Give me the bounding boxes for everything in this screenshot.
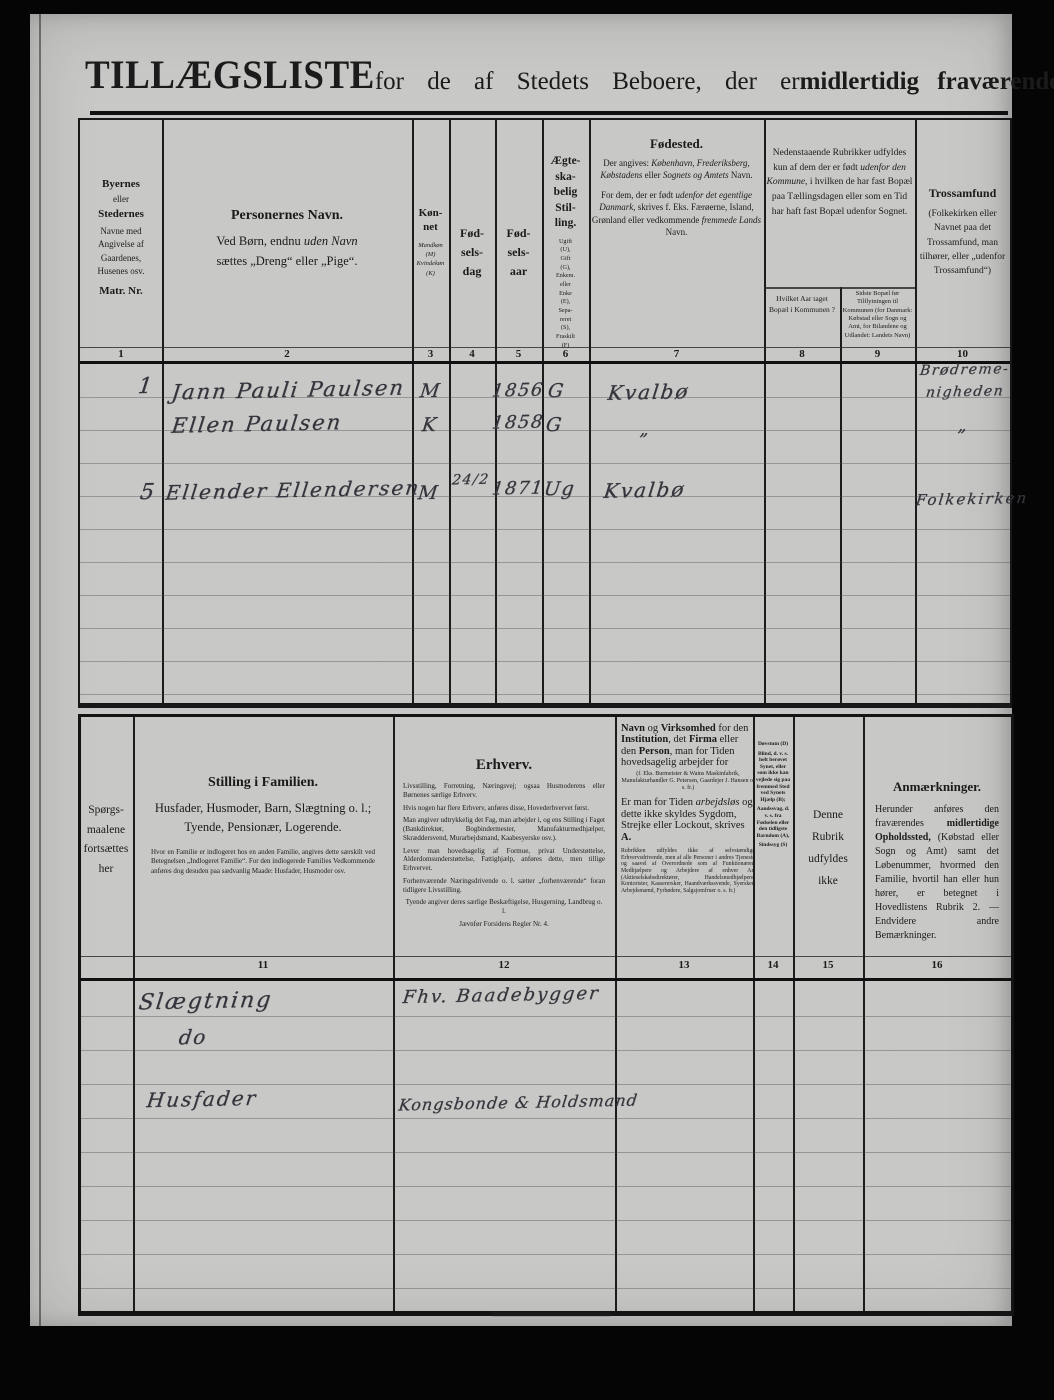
continuation-label: Spørgs- maalene fortsættes her — [81, 801, 131, 879]
entry-birth-year: 1871 — [491, 477, 545, 499]
col14-paragraph: Sindssyg (S) — [755, 842, 791, 849]
entry-marital-status: G — [545, 414, 564, 436]
col12-paragraph: Jævnfør Forsidens Regler Nr. 4. — [403, 920, 605, 929]
col7-paragraph2: For dem, der er født udenfor det egentli… — [591, 189, 762, 239]
ruled-lines — [81, 983, 1011, 1311]
col13-text-italic: arbejdsløs — [696, 797, 740, 808]
col7-text-italic: Sognets og Amtets — [663, 170, 729, 180]
col1-header-note: Navne med Angivelse af Gaardenes, Husene… — [82, 225, 160, 279]
col1-header: Byernes eller Stedernes Navne med Angive… — [82, 176, 160, 299]
entry-sex: K — [421, 414, 439, 436]
col13-text: og — [645, 723, 661, 734]
col16-title: Anmærkninger. — [875, 779, 999, 795]
form-title-end: midlertidig fraværende. — [800, 68, 1054, 96]
col13-text: for den — [716, 723, 749, 734]
entry-matr-number: 5 — [138, 480, 157, 505]
col7-paragraph1: Der angives: København, Frederiksberg, K… — [591, 157, 762, 182]
scanned-census-sheet: { "colors":{"paper":"#c8c8c6","ink":"#1b… — [0, 0, 1054, 1400]
col4-header: Fød- sels- dag — [450, 224, 494, 282]
col14-header: Døvstum (D) Blind, d. v. s. helt berøvet… — [755, 741, 791, 849]
col7-text: Navn. — [666, 227, 688, 237]
col7-header: Fødested. Der angives: København, Freder… — [591, 136, 762, 238]
col13-text: , det — [668, 734, 689, 745]
col11-subtitle: Husfader, Husmoder, Barn, Slægtning o. l… — [135, 799, 391, 838]
col14-paragraph: Aandssvag, d. v. s. fra Fødselen eller d… — [755, 806, 791, 839]
col13-text-bold: Firma — [689, 734, 717, 745]
entry-sex: M — [417, 482, 441, 504]
col13-text-bold: Person — [639, 746, 670, 757]
col13-text-bold: A. — [621, 832, 631, 843]
col1-header-line: eller — [82, 193, 160, 207]
col-number-9: 9 — [840, 348, 915, 364]
col-number-8: 8 — [764, 348, 840, 364]
col3-title: Køn- net — [413, 206, 448, 235]
form-title-main: TILLÆGSLISTE — [85, 53, 375, 99]
col-number-1: 1 — [80, 348, 162, 364]
col-number-2: 2 — [162, 348, 412, 364]
form-title-middle: for de af Stedets Beboere, der er — [375, 68, 800, 96]
col13-text-bold: Navn — [621, 723, 645, 734]
col15-header: Denne Rubrik udfyldes ikke — [795, 805, 861, 892]
col13-example: (f. Eks. Burmeister & Wains Maskinfabrik… — [621, 771, 755, 792]
entry-birth-year: 1856 — [491, 379, 545, 401]
col7-text: eller — [642, 170, 663, 180]
col-number-14: 14 — [753, 959, 793, 975]
col-number-16: 16 — [863, 959, 1011, 975]
col11-header: Stilling i Familien. Husfader, Husmoder,… — [135, 775, 391, 876]
col13-text-bold: Institution — [621, 734, 668, 745]
grid-line — [81, 956, 1011, 957]
col12-paragraph: Lever man hovedsagelig af Formue, privat… — [403, 847, 605, 873]
entry-person-name: Ellen Paulsen — [170, 410, 343, 438]
col3-subtitle: Mandkøn (M) Kvindekøn (K) — [413, 241, 448, 279]
col6-header: Ægte- ska- belig Stil- ling. Ugift (U), … — [543, 154, 588, 350]
entry-family-position: Slægtning — [137, 988, 274, 1016]
col12-paragraph: Man angiver udtrykkelig det Fag, man arb… — [403, 816, 605, 842]
col13-header: Navn og Virksomhed for den Institution, … — [617, 723, 759, 895]
col7-text: For dem, der er født — [601, 190, 675, 200]
col12-paragraphs: Livsstilling, Forretning, Næringsvej; og… — [395, 782, 613, 929]
col2-subtitle-italic: uden Navn — [304, 234, 358, 248]
col2-header: Personernes Navn. Ved Børn, endnu uden N… — [164, 208, 410, 271]
entry-creed: Folkekirken — [915, 489, 1030, 509]
upper-table: Byernes eller Stedernes Navne med Angive… — [78, 118, 1012, 708]
entry-creed-line2: nigheden — [925, 383, 1005, 401]
col3-header: Køn- net Mandkøn (M) Kvindekøn (K) — [413, 206, 448, 278]
col8-header: Hvilket Aar taget Bopæl i Kommunen ? — [766, 294, 838, 315]
col-number-3: 3 — [412, 348, 449, 364]
col-number-7: 7 — [589, 348, 764, 364]
col11-fine-print: Hvor en Familie er indlogeret hos en and… — [135, 848, 391, 876]
col11-title: Stilling i Familien. — [135, 775, 391, 791]
col16-body: Herunder anføres den fraværendes midlert… — [875, 803, 999, 943]
col13-text-bold: Virksomhed — [661, 723, 716, 734]
entry-family-position: Husfader — [145, 1086, 258, 1112]
col-number-5: 5 — [495, 348, 542, 364]
entry-marital-status: Ug — [543, 478, 577, 501]
col13-main: Navn og Virksomhed for den Institution, … — [621, 723, 755, 768]
col9-header: Sidste Bopæl før Tilflytningen til Kommu… — [842, 290, 913, 340]
entry-sex: M — [419, 380, 443, 402]
col6-subtitle: Ugift (U), Gift (G), Enkem. eller Enke (… — [543, 238, 588, 351]
entry-matr-number: 1 — [136, 374, 155, 399]
col-number-15: 15 — [793, 959, 863, 975]
col-number-4: 4 — [449, 348, 495, 364]
census-form-page: TILLÆGSLISTE for de af Stedets Beboere, … — [30, 14, 1012, 1326]
col12-title: Erhverv. — [395, 757, 613, 774]
col2-title: Personernes Navn. — [164, 208, 410, 224]
col2-subtitle-part: sættes „Dreng“ eller „Pige“. — [217, 254, 358, 268]
col10-subtitle: (Folkekirken eller Navnet paa det Trossa… — [917, 207, 1008, 278]
entry-birth-year: 1858 — [491, 411, 545, 433]
paper-fold-line — [39, 14, 41, 1326]
entry-person-name: Jann Pauli Paulsen — [170, 376, 406, 405]
col1-header-line: Matr. Nr. — [82, 283, 160, 300]
col8-9-shared-header: Nedenstaaende Rubrikker udfyldes kun af … — [766, 146, 913, 220]
col13-fine-print: Rubrikken udfyldes ikke af selvstændige … — [621, 848, 755, 895]
printer-imprint — [492, 1312, 610, 1316]
form-title: TILLÆGSLISTE for de af Stedets Beboere, … — [85, 56, 1007, 99]
entry-birthplace: Kvalbø — [606, 379, 690, 405]
col13-unemployed-note: Er man for Tiden arbejdsløs og dette ikk… — [621, 797, 755, 844]
col-number-12: 12 — [393, 959, 615, 975]
col6-title: Ægte- ska- belig Stil- ling. — [543, 154, 588, 232]
entry-family-position-ditto: do — [178, 1025, 209, 1050]
col14-paragraph: Blind, d. v. s. helt berøvet Synet, elle… — [755, 751, 791, 804]
col-number-13: 13 — [615, 959, 753, 975]
col2-subtitle-part: Ved Børn, endnu — [216, 234, 304, 248]
entry-birthplace: Kvalbø — [602, 477, 686, 503]
header-body-separator — [81, 978, 1011, 981]
col13-text: Er man for Tiden — [621, 797, 696, 808]
col12-paragraph: Hvis nogen har flere Erhverv, anføres di… — [403, 804, 605, 813]
col16-header: Anmærkninger. Herunder anføres den fravæ… — [865, 779, 1009, 943]
col10-title: Trossamfund — [917, 186, 1008, 201]
entry-occupation: Fhv. Baadebygger — [401, 983, 600, 1008]
col5-header: Fød- sels- aar — [496, 224, 541, 282]
col12-paragraph: Tyende angiver deres særlige Beskæftigel… — [403, 898, 605, 916]
entry-birth-day: 24/2 — [451, 472, 490, 489]
col7-title: Fødested. — [591, 136, 762, 152]
lower-table: Spørgs- maalene fortsættes her Stilling … — [78, 714, 1014, 1316]
col12-paragraph: Forhenværende Næringsdrivende o. l. sætt… — [403, 877, 605, 895]
col10-header: Trossamfund (Folkekirken eller Navnet pa… — [917, 186, 1008, 278]
col7-text: Navn. — [729, 170, 753, 180]
entry-marital-status: G — [547, 380, 566, 402]
title-underline — [90, 111, 1008, 115]
col12-paragraph: Livsstilling, Forretning, Næringsvej; og… — [403, 782, 605, 800]
col1-header-line: Byernes — [82, 176, 160, 193]
col7-text: Der angives: — [603, 158, 651, 168]
col-number-11: 11 — [133, 959, 393, 975]
col2-subtitle: Ved Børn, endnu uden Navn sættes „Dreng“… — [164, 231, 410, 271]
col1-header-line: Stedernes — [82, 206, 160, 223]
grid-line — [764, 287, 915, 289]
col-number-6: 6 — [542, 348, 589, 364]
entry-creed-line1: Brødreme- — [919, 361, 1010, 379]
col12-header: Erhverv. Livsstilling, Forretning, Nærin… — [395, 757, 613, 929]
col7-text-italic: fremmede Lands — [702, 215, 761, 225]
col14-paragraph: Døvstum (D) — [755, 741, 791, 748]
col16-text: (Købstad eller Sogn og Amt) samt det Løb… — [875, 832, 999, 941]
